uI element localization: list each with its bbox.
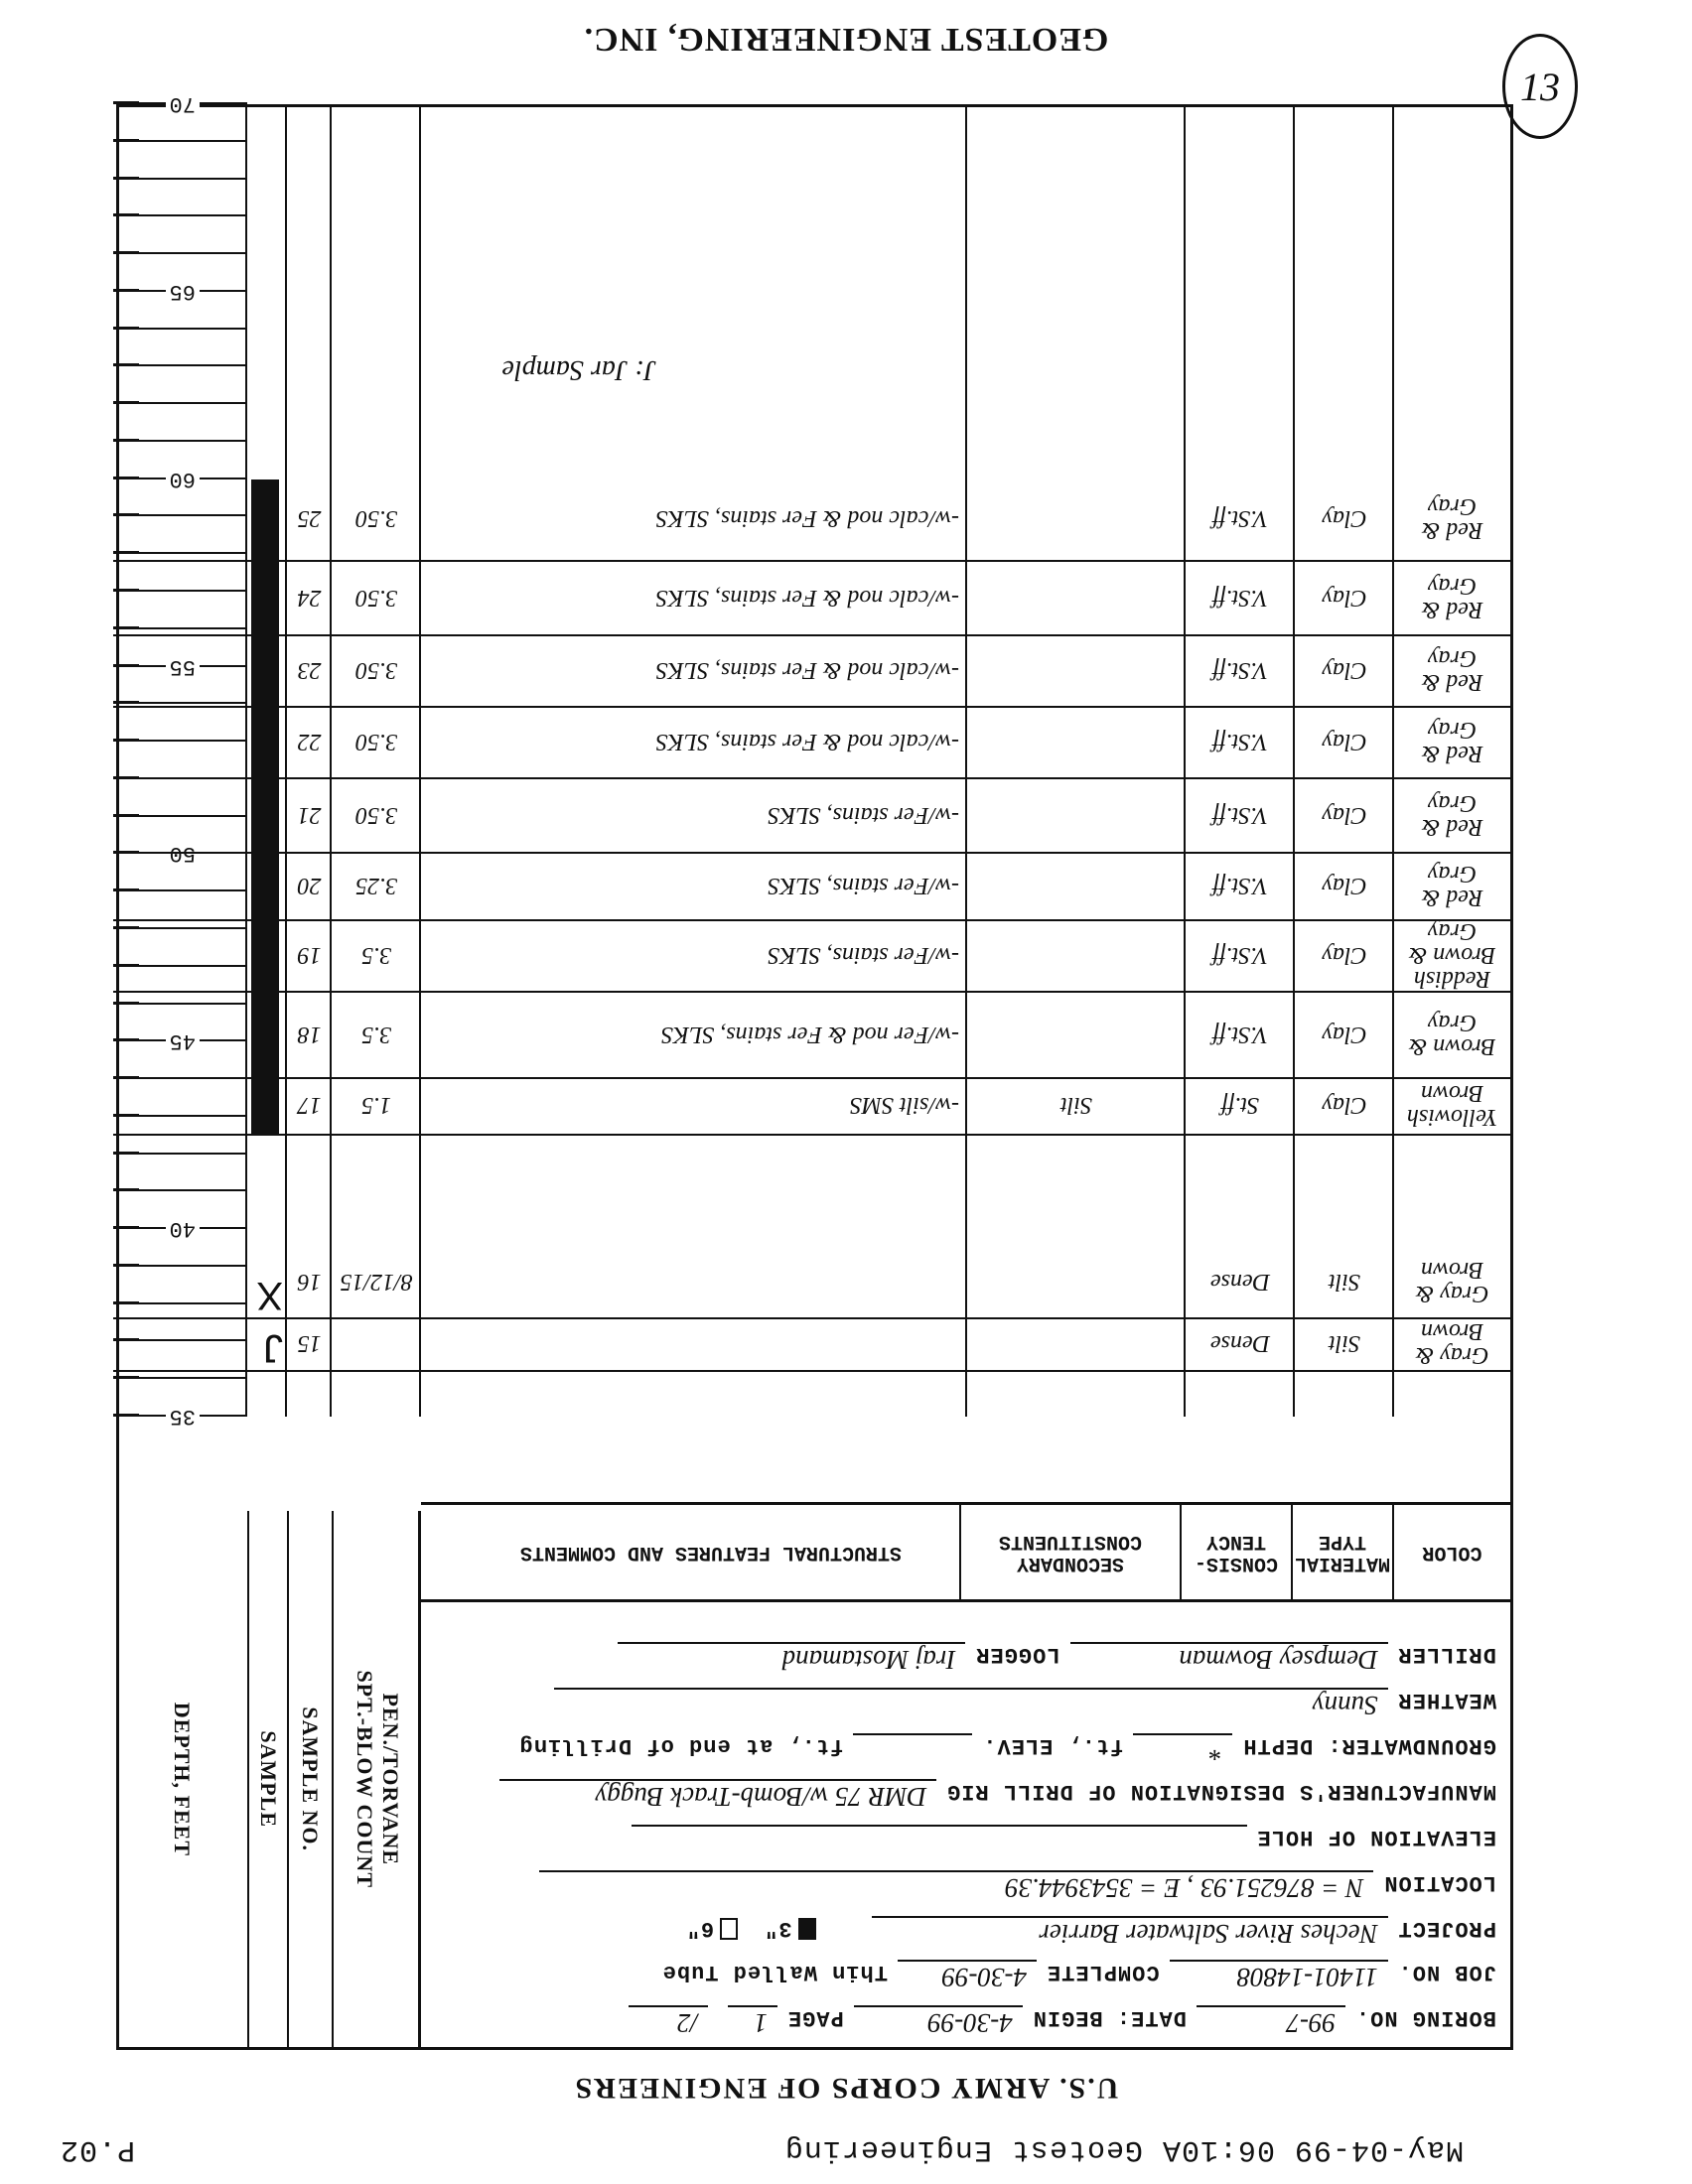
ruler-tick bbox=[113, 363, 139, 366]
cell-comments: -w/Fer stains, SLKS bbox=[413, 777, 967, 853]
cell-consistency: V.St.ff bbox=[1186, 560, 1295, 635]
cell-secondary bbox=[967, 777, 1186, 853]
ruler-tick bbox=[113, 1114, 139, 1117]
cell-color: Red & Gray bbox=[1394, 777, 1510, 853]
depth-label: 35 bbox=[166, 1404, 200, 1429]
boring-log-sheet: May-04-99 06:10A Geotest Engineering P.0… bbox=[0, 0, 1692, 2184]
cell-comments: -w/calc nod & Fer stains, SLKS bbox=[413, 560, 967, 635]
cell-consistency: V.St.ff bbox=[1186, 634, 1295, 706]
vertical-headers: PEN./TORVANESPT.-BLOW COUNT SAMPLE NO. S… bbox=[116, 1511, 421, 2047]
cell-pen: 3.50 bbox=[332, 706, 421, 777]
company-footer: GEOTEST ENGINEERING, INC. bbox=[0, 20, 1692, 58]
column-headers: COLOR MATERIAL TYPE CONSIS- TENCY SECOND… bbox=[421, 1502, 1510, 1602]
cell-no: 17 bbox=[287, 1077, 332, 1134]
drill-rig: DMR 75 w/Bomb-Track Buggy bbox=[499, 1779, 936, 1812]
sample-row: Yellowish BrownClaySt.ffSilt-w/silt SMS1… bbox=[113, 1077, 1510, 1136]
ruler-tick bbox=[113, 964, 139, 967]
ruler-tick bbox=[113, 213, 139, 216]
cell-material: Clay bbox=[1295, 777, 1394, 853]
cell-pen bbox=[332, 1317, 421, 1370]
ruler-tick bbox=[113, 1188, 139, 1191]
header-sample: SAMPLE bbox=[247, 1511, 287, 2047]
cell-color: Red & Gray bbox=[1394, 634, 1510, 706]
cell-pen: 8/12/15 bbox=[332, 1246, 421, 1317]
tube-sample-bar bbox=[251, 779, 279, 855]
ruler-tick bbox=[113, 439, 139, 442]
sampler-3in-option: 3" bbox=[764, 1916, 821, 1941]
cell-secondary: Silt bbox=[967, 1077, 1186, 1134]
ruler-tick bbox=[113, 514, 139, 517]
tube-sample-bar bbox=[251, 636, 279, 708]
cell-color: Red & Gray bbox=[1394, 706, 1510, 777]
fax-header: May-04-99 06:10A Geotest Engineering P.0… bbox=[60, 2132, 1464, 2166]
groundwater-elev bbox=[853, 1733, 972, 1735]
col-header-material: MATERIAL TYPE bbox=[1291, 1505, 1392, 1599]
cell-comments: -w/calc nod & Fer stains, SLKS bbox=[413, 478, 967, 560]
header-block: BORING NO. 99-7 DATE: BEGIN 4-30-99 PAGE… bbox=[418, 1511, 1510, 2047]
ruler-tick bbox=[113, 477, 139, 479]
cell-pen: 3.50 bbox=[332, 777, 421, 853]
ruler-tick bbox=[113, 139, 139, 142]
cell-no: 19 bbox=[287, 919, 332, 991]
cell-material: Clay bbox=[1295, 560, 1394, 635]
cell-pen: 1.5 bbox=[332, 1077, 421, 1134]
cell-material: Clay bbox=[1295, 852, 1394, 919]
legend-note: J: Jar Sample bbox=[501, 353, 656, 385]
cell-secondary bbox=[967, 991, 1186, 1077]
col-header-secondary: SECONDARY CONSTITUENTS bbox=[959, 1505, 1180, 1599]
cell-consistency: V.St.ff bbox=[1186, 478, 1295, 560]
cell-comments: -w/Fer stains, SLKS bbox=[413, 919, 967, 991]
cell-pen: 3.50 bbox=[332, 634, 421, 706]
sample-row: Red & GrayClayV.St.ff-w/calc nod & Fer s… bbox=[113, 706, 1510, 779]
cell-color: Red & Gray bbox=[1394, 852, 1510, 919]
groundwater-depth: * bbox=[1133, 1733, 1232, 1766]
cell-pen: 3.5 bbox=[332, 991, 421, 1077]
cell-pen: 3.5 bbox=[332, 919, 421, 991]
jar-sample-icon: J bbox=[263, 1325, 283, 1370]
complete-date: 4-30-99 bbox=[898, 1960, 1037, 1992]
boring-no: 99-7 bbox=[1197, 2005, 1345, 2038]
depth-label: 70 bbox=[166, 91, 200, 116]
sample-row: Reddish Brown & GrayClayV.St.ff-w/Fer st… bbox=[113, 919, 1510, 993]
header-pen-spt: PEN./TORVANESPT.-BLOW COUNT bbox=[332, 1511, 421, 2047]
tube-sample-bar bbox=[251, 993, 279, 1079]
cell-consistency: V.St.ff bbox=[1186, 991, 1295, 1077]
header-depth: DEPTH, FEET bbox=[116, 1511, 247, 2047]
ruler-tick bbox=[113, 851, 139, 854]
ruler-tick bbox=[113, 1002, 139, 1005]
cell-material: Silt bbox=[1295, 1246, 1394, 1317]
sample-row: Red & GrayClayV.St.ff-w/Fer stains, SLKS… bbox=[113, 777, 1510, 855]
sample-row: Red & GrayClayV.St.ff-w/calc nod & Fer s… bbox=[113, 560, 1510, 637]
sample-row: Red & GrayClayV.St.ff-w/calc nod & Fer s… bbox=[113, 634, 1510, 708]
cell-secondary bbox=[967, 706, 1186, 777]
ruler-tick bbox=[113, 251, 139, 254]
cell-consistency: V.St.ff bbox=[1186, 706, 1295, 777]
location-coords: N = 876251.93 , E = 3543944.39 bbox=[539, 1870, 1373, 1903]
cell-color: Gray & Brown bbox=[1394, 1317, 1510, 1370]
cell-secondary bbox=[967, 919, 1186, 991]
ruler-tick bbox=[113, 664, 139, 667]
tube-sample-bar bbox=[251, 708, 279, 779]
ruler-tick bbox=[113, 926, 139, 929]
ruler-tick bbox=[113, 1226, 139, 1229]
ruler-tick bbox=[113, 589, 139, 592]
sample-row: Red & GrayClayV.St.ff-w/Fer stains, SLKS… bbox=[113, 852, 1510, 921]
checkbox-3in bbox=[798, 1918, 816, 1940]
cell-pen: 3.25 bbox=[332, 852, 421, 919]
cell-comments: -w/calc nod & Fer stains, SLKS bbox=[413, 634, 967, 706]
cell-consistency: V.St.ff bbox=[1186, 852, 1295, 919]
ruler-tick bbox=[113, 776, 139, 779]
tube-sample-bar bbox=[251, 854, 279, 921]
header-sample-no: SAMPLE NO. bbox=[287, 1511, 332, 2047]
begin-date: 4-30-99 bbox=[854, 2005, 1023, 2038]
project-name: Neches River Saltwater Barrier bbox=[872, 1916, 1388, 1949]
groundwater-row: GROUNDWATER: DEPTH * ft., ELEV. ft., at … bbox=[431, 1733, 1496, 1773]
cell-pen: 3.50 bbox=[332, 560, 421, 635]
ruler-tick bbox=[113, 551, 139, 554]
agency-title: U.S. ARMY CORPS OF ENGINEERS bbox=[0, 2071, 1692, 2105]
ruler-tick bbox=[113, 1301, 139, 1304]
driller-row: DRILLER Dempsey Bowman LOGGER Iraj Mosta… bbox=[431, 1642, 1496, 1682]
cell-secondary bbox=[967, 634, 1186, 706]
log-body: 3540455055606570Gray & BrownSiltDense15J… bbox=[113, 104, 1510, 1417]
fax-timestamp: May-04-99 06:10A Geotest Engineering bbox=[784, 2132, 1464, 2166]
col-header-consistency: CONSIS- TENCY bbox=[1180, 1505, 1291, 1599]
cell-consistency: St.ff bbox=[1186, 1077, 1295, 1134]
cell-consistency: Dense bbox=[1186, 1317, 1295, 1370]
sample-row: Gray & BrownSiltDense15 bbox=[113, 1317, 1510, 1372]
ruler-tick bbox=[113, 289, 139, 292]
weather-row: WEATHER Sunny bbox=[431, 1688, 1496, 1727]
ruler-tick bbox=[113, 626, 139, 629]
cell-secondary bbox=[967, 1317, 1186, 1370]
tube-sample-bar bbox=[251, 479, 279, 562]
split-spoon-icon: X bbox=[256, 1273, 283, 1317]
ruler-tick bbox=[113, 701, 139, 704]
cell-color: Red & Gray bbox=[1394, 478, 1510, 560]
driller-name: Dempsey Bowman bbox=[1070, 1642, 1388, 1675]
cell-material: Clay bbox=[1295, 706, 1394, 777]
boring-log-form: BORING NO. 99-7 DATE: BEGIN 4-30-99 PAGE… bbox=[116, 104, 1513, 2050]
project-row: PROJECT Neches River Saltwater Barrier 3… bbox=[431, 1916, 1496, 1956]
cell-no: 23 bbox=[287, 634, 332, 706]
cell-consistency: V.St.ff bbox=[1186, 777, 1295, 853]
cell-no: 21 bbox=[287, 777, 332, 853]
rig-row: MANUFACTURER'S DESIGNATION OF DRILL RIG … bbox=[431, 1779, 1496, 1819]
cell-no: 25 bbox=[287, 478, 332, 560]
ruler-tick bbox=[113, 401, 139, 404]
cell-consistency: V.St.ff bbox=[1186, 919, 1295, 991]
ruler-tick bbox=[113, 1264, 139, 1267]
cell-no: 24 bbox=[287, 560, 332, 635]
cell-material: Clay bbox=[1295, 478, 1394, 560]
cell-comments: -w/Fer nod & Fer stains, SLKS bbox=[413, 991, 967, 1077]
checkbox-6in bbox=[720, 1918, 738, 1940]
cell-color: Yellowish Brown bbox=[1394, 1077, 1510, 1134]
cell-no: 15 bbox=[287, 1317, 332, 1370]
cell-secondary bbox=[967, 478, 1186, 560]
cell-comments: -w/calc nod & Fer stains, SLKS bbox=[413, 706, 967, 777]
ruler-tick bbox=[113, 1376, 139, 1379]
fax-page: P.02 bbox=[60, 2132, 135, 2166]
depth-label: 65 bbox=[166, 279, 200, 304]
job-row: JOB NO. 11401-14808 COMPLETE 4-30-99 Thi… bbox=[431, 1960, 1496, 1999]
cell-comments bbox=[413, 1317, 967, 1370]
boring-row: BORING NO. 99-7 DATE: BEGIN 4-30-99 PAGE… bbox=[431, 2005, 1496, 2045]
sample-row: Gray & BrownSiltDense8/12/1516 bbox=[113, 1246, 1510, 1319]
ruler-tick bbox=[113, 177, 139, 180]
page-number: 1 bbox=[728, 2005, 777, 2038]
depth-label: 40 bbox=[166, 1216, 200, 1241]
logger-name: Iraj Mostamand bbox=[618, 1642, 965, 1675]
cell-comments bbox=[413, 1246, 967, 1317]
cell-material: Clay bbox=[1295, 919, 1394, 991]
ruler-tick bbox=[113, 814, 139, 817]
cell-material: Silt bbox=[1295, 1317, 1394, 1370]
page-total: /2 bbox=[629, 2005, 708, 2038]
ruler-tick bbox=[113, 101, 139, 104]
ruler-tick bbox=[113, 1152, 139, 1155]
col-header-color: COLOR bbox=[1392, 1505, 1510, 1599]
ruler-tick bbox=[113, 1338, 139, 1341]
cell-no: 18 bbox=[287, 991, 332, 1077]
ruler-tick bbox=[113, 888, 139, 891]
cell-no: 16 bbox=[287, 1246, 332, 1317]
cell-secondary bbox=[967, 560, 1186, 635]
ruler-tick bbox=[113, 1038, 139, 1041]
cell-secondary bbox=[967, 1246, 1186, 1317]
tube-sample-bar bbox=[251, 1079, 279, 1136]
ruler-tick bbox=[113, 1414, 139, 1417]
cell-consistency: Dense bbox=[1186, 1246, 1295, 1317]
cell-material: Clay bbox=[1295, 634, 1394, 706]
cell-pen: 3.50 bbox=[332, 478, 421, 560]
cell-color: Red & Gray bbox=[1394, 560, 1510, 635]
cell-color: Reddish Brown & Gray bbox=[1394, 919, 1510, 991]
tube-sample-bar bbox=[251, 921, 279, 993]
cell-color: Gray & Brown bbox=[1394, 1246, 1510, 1317]
tube-sample-bar bbox=[251, 562, 279, 637]
job-no: 11401-14808 bbox=[1170, 1960, 1388, 1992]
cell-no: 20 bbox=[287, 852, 332, 919]
ruler-tick bbox=[113, 327, 139, 330]
cell-color: Brown & Gray bbox=[1394, 991, 1510, 1077]
elevation-row: ELEVATION OF HOLE bbox=[431, 1825, 1496, 1864]
cell-comments: -w/silt SMS bbox=[413, 1077, 967, 1134]
weather-value: Sunny bbox=[554, 1688, 1388, 1720]
sampler-type: Thin Walled Tube bbox=[662, 1960, 888, 1984]
sample-row: Brown & GrayClayV.St.ff-w/Fer nod & Fer … bbox=[113, 991, 1510, 1079]
cell-secondary bbox=[967, 852, 1186, 919]
cell-material: Clay bbox=[1295, 991, 1394, 1077]
cell-comments: -w/Fer stains, SLKS bbox=[413, 852, 967, 919]
sample-row: Red & GrayClayV.St.ff-w/calc nod & Fer s… bbox=[113, 478, 1510, 562]
col-header-structural: STRUCTURAL FEATURES AND COMMENTS bbox=[463, 1505, 959, 1599]
elevation-value bbox=[632, 1825, 1247, 1827]
cell-material: Clay bbox=[1295, 1077, 1394, 1134]
cell-no: 22 bbox=[287, 706, 332, 777]
ruler-tick bbox=[113, 739, 139, 742]
sampler-6in-option: 6" bbox=[686, 1916, 744, 1941]
location-row: LOCATION N = 876251.93 , E = 3543944.39 bbox=[431, 1870, 1496, 1910]
ruler-tick bbox=[113, 1076, 139, 1079]
